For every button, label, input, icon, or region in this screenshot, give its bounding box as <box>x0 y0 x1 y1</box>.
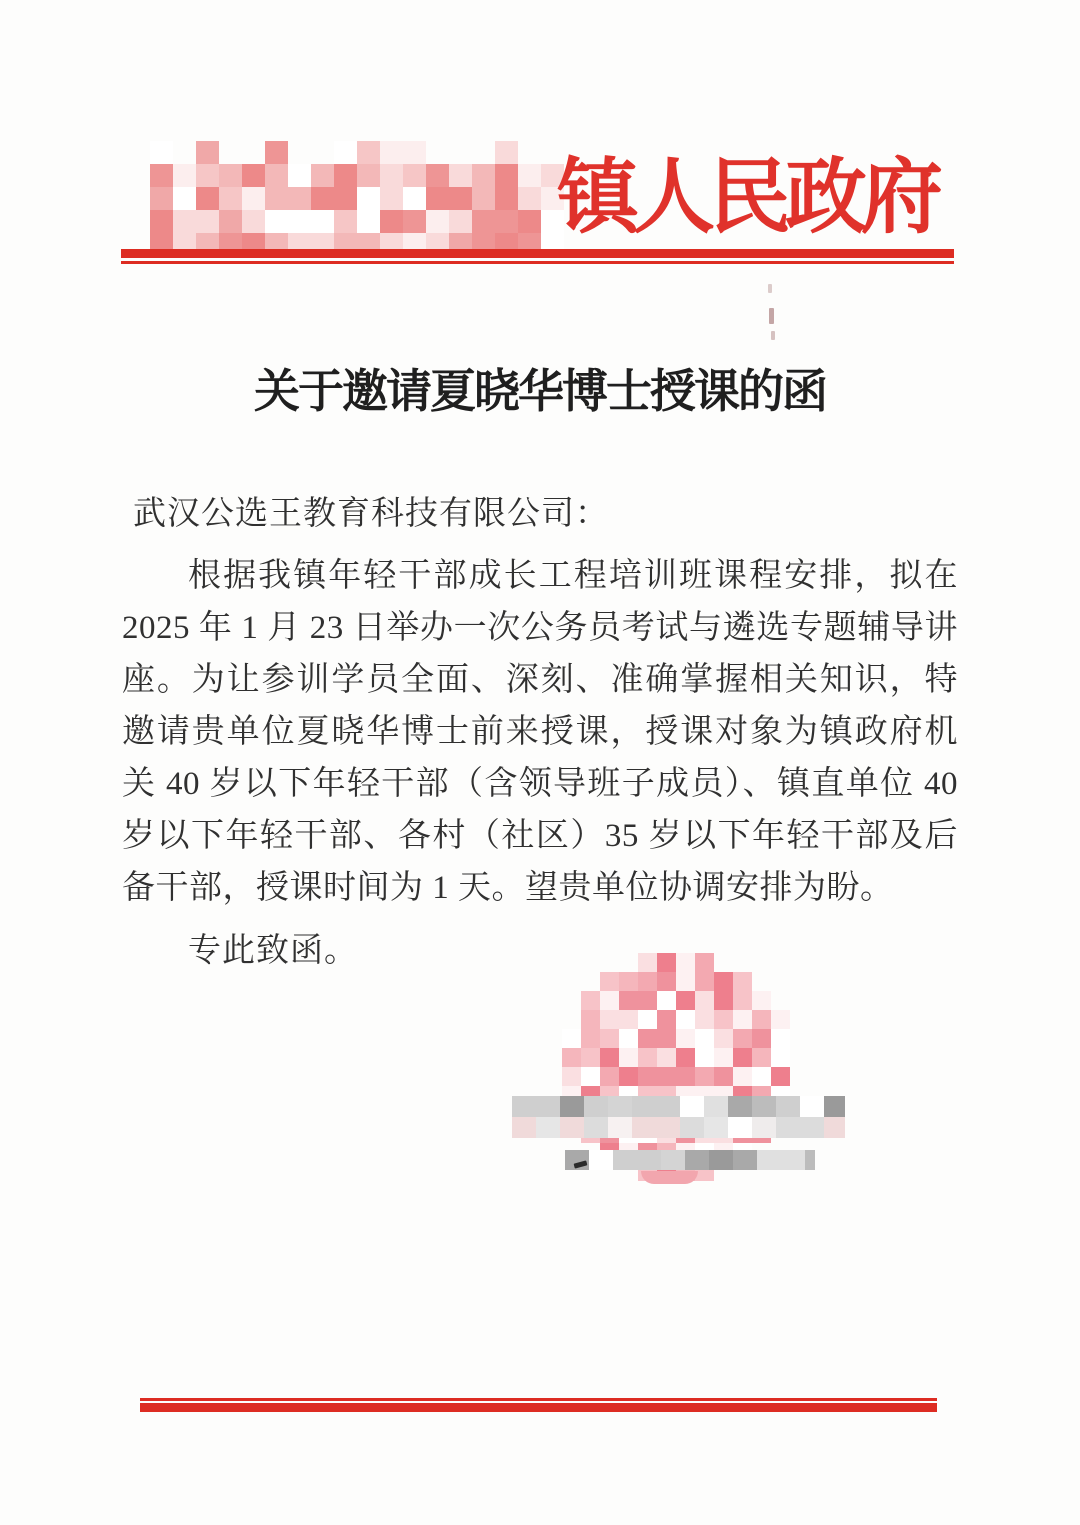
letterhead-rule-thin <box>121 261 954 264</box>
body-paragraph: 根据我镇年轻干部成长工程培训班课程安排，拟在 2025 年 1 月 23 日举办… <box>122 550 958 914</box>
redaction-cell <box>380 210 403 233</box>
redaction-cell <box>288 187 311 210</box>
redaction-cell <box>403 187 426 210</box>
redaction-cell <box>714 1010 733 1029</box>
redaction-cell <box>800 1117 824 1138</box>
redaction-cell <box>265 164 288 187</box>
redaction-cell <box>733 972 752 991</box>
redaction-cell <box>733 1029 752 1048</box>
redaction-cell <box>584 1117 608 1138</box>
redaction-cell <box>334 210 357 233</box>
redaction-cell <box>676 1029 695 1048</box>
redaction-cell <box>495 187 518 210</box>
redaction-cell <box>733 1150 757 1170</box>
redaction-cell <box>562 1048 581 1067</box>
redaction-cell <box>638 1029 657 1048</box>
redaction-cell <box>676 1067 695 1086</box>
redaction-cell <box>800 1096 824 1117</box>
redaction-cell <box>704 1096 728 1117</box>
redaction-cell <box>512 1096 536 1117</box>
redaction-cell <box>242 210 265 233</box>
redaction-cell <box>242 187 265 210</box>
redaction-cell <box>657 972 676 991</box>
redaction-cell <box>657 1029 676 1048</box>
redaction-cell <box>173 164 196 187</box>
redaction-cell <box>771 1067 790 1086</box>
redaction-cell <box>656 1117 680 1138</box>
redacted-date-line <box>565 1150 815 1170</box>
redaction-cell <box>589 1150 613 1170</box>
redaction-cell <box>426 187 449 210</box>
redaction-cell <box>518 164 541 187</box>
redacted-signature-line-1 <box>512 1096 845 1117</box>
redaction-cell <box>632 1117 656 1138</box>
redaction-cell <box>518 187 541 210</box>
redaction-cell <box>600 991 619 1010</box>
redaction-cell <box>536 1096 560 1117</box>
redaction-cell <box>676 972 695 991</box>
redaction-cell <box>613 1150 637 1170</box>
redaction-cell <box>357 210 380 233</box>
scan-mark-1 <box>768 284 772 293</box>
redaction-cell <box>403 210 426 233</box>
redaction-cell <box>728 1096 752 1117</box>
redaction-cell <box>714 991 733 1010</box>
redaction-cell <box>661 1150 685 1170</box>
redaction-cell <box>562 1029 581 1048</box>
redaction-cell <box>657 953 676 972</box>
redaction-cell <box>752 1067 771 1086</box>
redaction-cell <box>676 1048 695 1067</box>
redaction-cell <box>288 164 311 187</box>
redaction-cell <box>695 991 714 1010</box>
redaction-cell <box>752 1117 776 1138</box>
redaction-cell <box>512 1117 536 1138</box>
redaction-cell <box>619 991 638 1010</box>
redaction-cell <box>632 1096 656 1117</box>
redaction-cell <box>581 991 600 1010</box>
redaction-cell <box>150 187 173 210</box>
redaction-cell <box>680 1096 704 1117</box>
redaction-cell <box>357 187 380 210</box>
redaction-cell <box>357 164 380 187</box>
redaction-cell <box>619 1067 638 1086</box>
redaction-cell <box>733 1010 752 1029</box>
redaction-cell <box>714 1067 733 1086</box>
redaction-cell <box>600 1029 619 1048</box>
letterhead-rule-thick <box>121 249 954 258</box>
redaction-cell <box>680 1117 704 1138</box>
redaction-cell <box>757 1150 781 1170</box>
redaction-cell <box>584 1096 608 1117</box>
redaction-cell <box>638 1067 657 1086</box>
redaction-cell <box>824 1096 845 1117</box>
redaction-cell <box>657 1048 676 1067</box>
redaction-cell <box>173 187 196 210</box>
redaction-cell <box>676 1010 695 1029</box>
redaction-cell <box>600 972 619 991</box>
redaction-cell <box>695 972 714 991</box>
redaction-cell <box>495 141 518 164</box>
closing-line: 专此致函。 <box>122 925 358 977</box>
redaction-cell <box>560 1117 584 1138</box>
redaction-cell <box>242 164 265 187</box>
redaction-cell <box>449 187 472 210</box>
redaction-cell <box>581 1029 600 1048</box>
redaction-cell <box>311 164 334 187</box>
redaction-cell <box>781 1150 805 1170</box>
redaction-cell <box>704 1117 728 1138</box>
redaction-cell <box>219 210 242 233</box>
redaction-cell <box>196 187 219 210</box>
letterhead-org-name: 镇人民政府 <box>557 150 937 247</box>
redaction-cell <box>608 1096 632 1117</box>
redaction-cell <box>449 164 472 187</box>
redaction-cell <box>733 1048 752 1067</box>
redaction-cell <box>638 1010 657 1029</box>
redaction-cell <box>196 210 219 233</box>
redaction-cell <box>676 991 695 1010</box>
redaction-cell <box>357 141 380 164</box>
redaction-cell <box>805 1150 815 1170</box>
redaction-cell <box>637 1150 661 1170</box>
redaction-cell <box>334 141 357 164</box>
redaction-cell <box>219 164 242 187</box>
redaction-cell <box>196 164 219 187</box>
redaction-cell <box>600 1067 619 1086</box>
redaction-cell <box>288 210 311 233</box>
redaction-cell <box>472 164 495 187</box>
redaction-cell <box>150 210 173 233</box>
redaction-cell <box>733 1067 752 1086</box>
redacted-signature-line-2 <box>512 1117 845 1138</box>
redaction-cell <box>656 1096 680 1117</box>
redaction-cell <box>771 1048 790 1067</box>
redaction-cell <box>619 1029 638 1048</box>
redaction-cell <box>752 1029 771 1048</box>
redaction-cell <box>581 1048 600 1067</box>
redaction-cell <box>600 1048 619 1067</box>
redaction-cell <box>536 1117 560 1138</box>
redaction-cell <box>265 187 288 210</box>
redaction-cell <box>695 1048 714 1067</box>
redaction-cell <box>638 991 657 1010</box>
scan-mark-2 <box>769 308 774 324</box>
redaction-cell <box>608 1117 632 1138</box>
redaction-cell <box>334 164 357 187</box>
redaction-cell <box>334 187 357 210</box>
redaction-cell <box>581 1067 600 1086</box>
redaction-cell <box>403 164 426 187</box>
redaction-cell <box>173 210 196 233</box>
redaction-cell <box>676 953 695 972</box>
redaction-cell <box>560 1096 584 1117</box>
redaction-cell <box>311 187 334 210</box>
redaction-cell <box>695 1067 714 1086</box>
redaction-cell <box>150 164 173 187</box>
redaction-cell <box>695 1029 714 1048</box>
redaction-cell <box>426 210 449 233</box>
redaction-cell <box>657 991 676 1010</box>
redacted-official-seal <box>562 953 792 1181</box>
scanned-letter-page: 镇人民政府 关于邀请夏晓华博士授课的函 武汉公选王教育科技有限公司： 根据我镇年… <box>0 0 1080 1525</box>
redaction-cell <box>714 1029 733 1048</box>
redaction-cell <box>150 141 173 164</box>
redaction-cell <box>265 141 288 164</box>
redaction-cell <box>619 1048 638 1067</box>
redaction-cell <box>403 141 426 164</box>
redaction-cell <box>619 1010 638 1029</box>
salutation-line: 武汉公选王教育科技有限公司： <box>133 488 609 540</box>
redaction-cell <box>196 141 219 164</box>
redaction-cell <box>709 1150 733 1170</box>
footer-rule-thin <box>140 1398 937 1401</box>
redaction-cell <box>600 1010 619 1029</box>
redaction-cell <box>380 164 403 187</box>
redaction-cell <box>638 1048 657 1067</box>
redaction-cell <box>380 141 403 164</box>
redaction-cell <box>776 1117 800 1138</box>
redaction-cell <box>714 972 733 991</box>
redaction-cell <box>752 1096 776 1117</box>
redaction-cell <box>638 953 657 972</box>
redaction-cell <box>472 187 495 210</box>
redaction-cell <box>752 991 771 1010</box>
scan-mark-3 <box>771 331 775 340</box>
redaction-cell <box>752 1010 771 1029</box>
redaction-cell <box>581 1010 600 1029</box>
document-title: 关于邀请夏晓华博士授课的函 <box>0 363 1080 421</box>
redaction-cell <box>495 210 518 233</box>
footer-rule-thick <box>140 1403 937 1412</box>
redaction-cell <box>824 1117 845 1138</box>
redaction-cell <box>771 1029 790 1048</box>
redaction-cell <box>657 1067 676 1086</box>
redaction-cell <box>449 210 472 233</box>
redaction-cell <box>311 210 334 233</box>
seal-bottom-edge <box>641 1171 698 1184</box>
redaction-cell <box>733 991 752 1010</box>
redaction-cell <box>752 1048 771 1067</box>
redaction-cell <box>638 972 657 991</box>
redaction-cell <box>695 953 714 972</box>
redaction-cell <box>265 210 288 233</box>
redaction-cell <box>776 1096 800 1117</box>
redacted-org-prefix <box>150 141 564 251</box>
redaction-cell <box>685 1150 709 1170</box>
redaction-cell <box>518 210 541 233</box>
redaction-cell <box>562 1067 581 1086</box>
redaction-cell <box>426 164 449 187</box>
redaction-cell <box>714 1048 733 1067</box>
redaction-cell <box>695 1010 714 1029</box>
redaction-cell <box>657 1010 676 1029</box>
redaction-cell <box>771 1010 790 1029</box>
redaction-cell <box>728 1117 752 1138</box>
redaction-cell <box>619 972 638 991</box>
redaction-cell <box>495 164 518 187</box>
redaction-cell <box>219 187 242 210</box>
redaction-cell <box>380 187 403 210</box>
redaction-cell <box>472 210 495 233</box>
